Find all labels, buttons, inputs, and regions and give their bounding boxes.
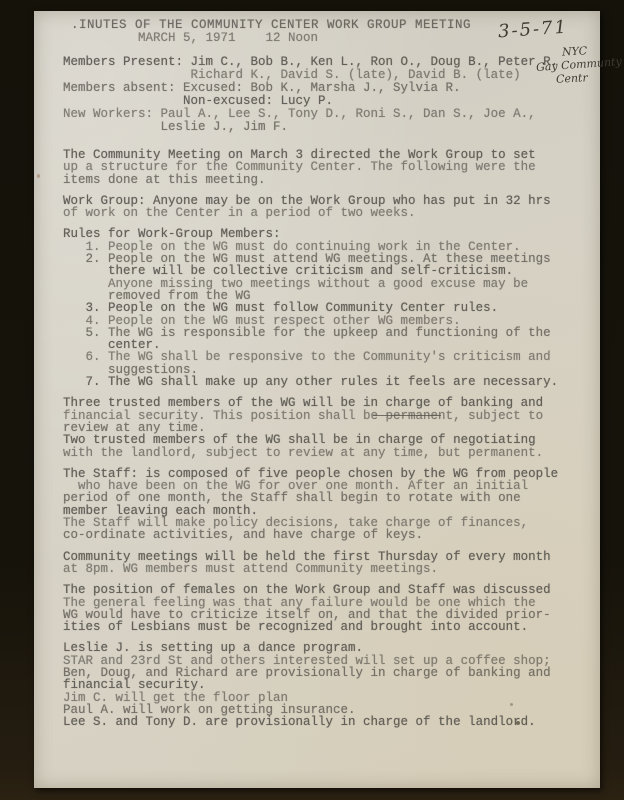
typed-paragraph: Community meetings will be held the firs… xyxy=(63,551,586,576)
typed-paragraph: Three trusted members of the WG will be … xyxy=(63,397,586,458)
typed-attendance-list: Members Present: Jim C., Bob B., Ken L.,… xyxy=(63,56,586,134)
typed-line: financial security. xyxy=(63,679,586,691)
typed-line: co-ordinate activities, and have charge … xyxy=(63,529,586,541)
paper-speck xyxy=(333,586,336,589)
typed-text-area: .INUTES OF THE COMMUNITY CENTER WORK GRO… xyxy=(34,11,600,788)
typed-line: period of one month, the Staff shall beg… xyxy=(63,492,586,504)
typed-line: of work on the Center in a period of two… xyxy=(63,207,586,219)
typed-line: there will be collective criticism and s… xyxy=(63,265,586,277)
typed-line: Leslie J. is setting up a dance program. xyxy=(63,642,586,654)
typed-line: Leslie J., Jim F. xyxy=(63,121,586,134)
typed-line: ities of Lesbians must be recognized and… xyxy=(63,621,586,633)
typed-line: Two trusted members of the WG shall be i… xyxy=(63,434,586,446)
document-page: .INUTES OF THE COMMUNITY CENTER WORK GRO… xyxy=(34,11,600,788)
typed-paragraph: The Community Meeting on March 3 directe… xyxy=(63,149,586,186)
paper-speck xyxy=(516,721,520,725)
typed-line: Three trusted members of the WG will be … xyxy=(63,397,586,409)
typed-line: items done at this meeting. xyxy=(63,174,586,186)
typed-line: 4. People on the WG must respect other W… xyxy=(63,315,586,327)
typed-paragraph: Leslie J. is setting up a dance program.… xyxy=(63,642,586,728)
typed-line: at 8pm. WG members must attend Community… xyxy=(63,563,586,575)
typed-paragraph: The position of females on the Work Grou… xyxy=(63,584,586,633)
typed-line: 3. People on the WG must follow Communit… xyxy=(63,302,586,314)
handwritten-org-note-line1: NYC xyxy=(562,44,588,58)
typed-line: with the landlord, subject to review at … xyxy=(63,447,586,459)
typed-line: Lee S. and Tony D. are provisionally in … xyxy=(63,716,586,728)
typed-paragraph: Work Group: Anyone may be on the Work Gr… xyxy=(63,195,586,220)
typed-line: 7. The WG shall make up any other rules … xyxy=(63,376,586,388)
typed-paragraph: Rules for Work-Group Members: 1. People … xyxy=(63,228,586,388)
paper-speck xyxy=(510,703,513,706)
typed-body: The Community Meeting on March 3 directe… xyxy=(63,149,586,728)
handwritten-org-note-line3: Centr xyxy=(556,71,588,86)
typed-line: 6. The WG shall be responsive to the Com… xyxy=(63,351,586,363)
scan-background: .INUTES OF THE COMMUNITY CENTER WORK GRO… xyxy=(0,0,624,800)
typed-line: Rules for Work-Group Members: xyxy=(63,228,586,240)
typed-line: The position of females on the Work Grou… xyxy=(63,584,586,596)
typed-line: up a structure for the Community Center.… xyxy=(63,161,586,173)
typed-line: The general feeling was that any failure… xyxy=(63,597,586,609)
paper-speck xyxy=(37,174,40,178)
typed-paragraph: The Staff: is composed of five people ch… xyxy=(63,468,586,542)
underline-mark xyxy=(373,415,441,416)
